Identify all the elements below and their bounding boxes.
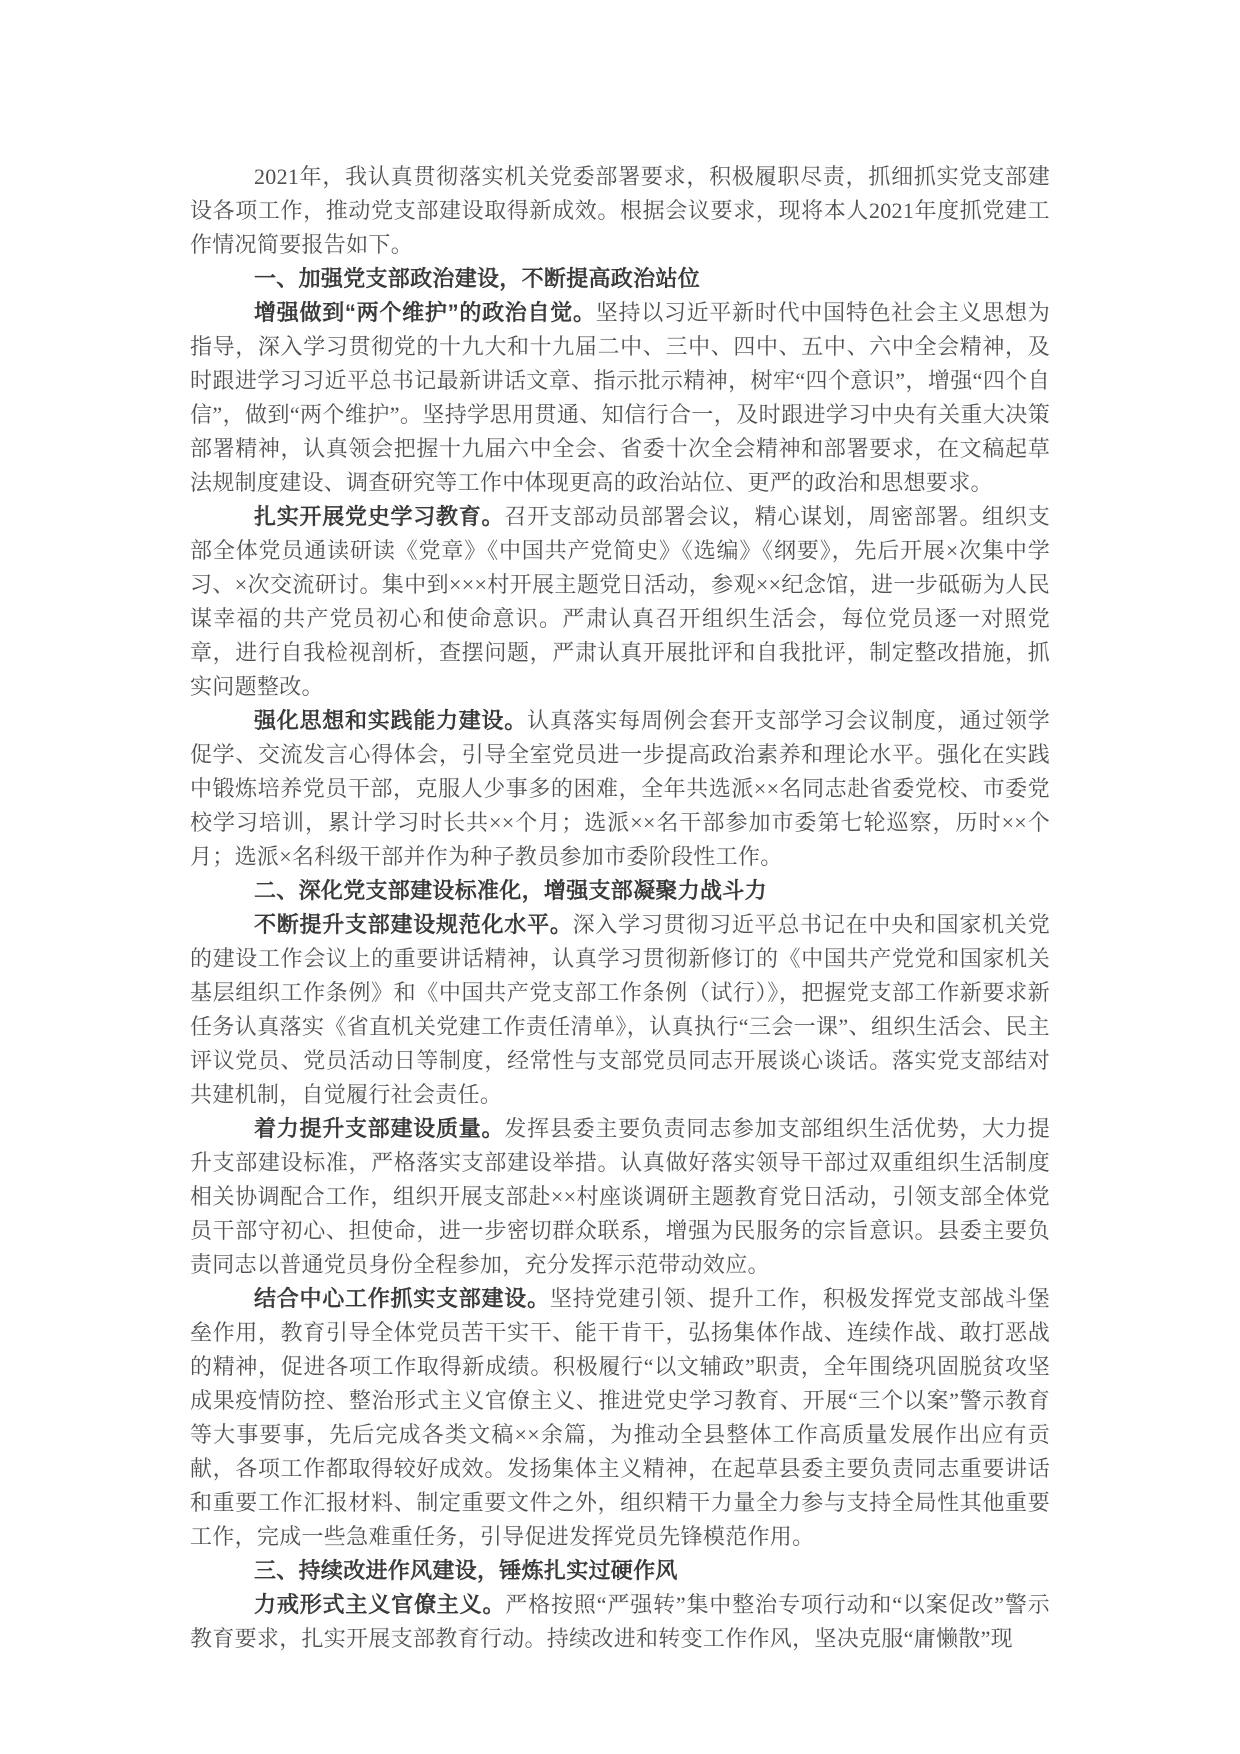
document-page: 2021年，我认真贯彻落实机关党委部署要求，积极履职尽责，抓细抓实党支部建设各项…	[0, 0, 1240, 1754]
paragraph-lead: 结合中心工作抓实支部建设。	[254, 1286, 550, 1311]
section-heading: 三、持续改进作风建设，锤炼扎实过硬作风	[190, 1554, 1050, 1588]
paragraph-lead: 强化思想和实践能力建设。	[254, 708, 527, 733]
paragraph: 着力提升支部建设质量。发挥县委主要负责同志参加支部组织生活优势，大力提升支部建设…	[190, 1112, 1050, 1282]
paragraph: 力戒形式主义官僚主义。严格按照“严强转”集中整治专项行动和“以案促改”警示教育要…	[190, 1588, 1050, 1656]
section-heading: 一、加强党支部政治建设，不断提高政治站位	[190, 262, 1050, 296]
paragraph: 强化思想和实践能力建设。认真落实每周例会套开支部学习会议制度，通过领学促学、交流…	[190, 704, 1050, 874]
paragraph-lead: 力戒形式主义官僚主义。	[254, 1592, 505, 1617]
paragraph: 2021年，我认真贯彻落实机关党委部署要求，积极履职尽责，抓细抓实党支部建设各项…	[190, 160, 1050, 262]
document-body: 2021年，我认真贯彻落实机关党委部署要求，积极履职尽责，抓细抓实党支部建设各项…	[190, 160, 1050, 1656]
paragraph: 结合中心工作抓实支部建设。坚持党建引领、提升工作，积极发挥党支部战斗堡垒作用，教…	[190, 1282, 1050, 1554]
paragraph-lead: 扎实开展党史学习教育。	[254, 504, 504, 529]
paragraph-lead: 着力提升支部建设质量。	[254, 1116, 504, 1141]
paragraph-lead: 不断提升支部建设规范化水平。	[254, 912, 573, 937]
paragraph-lead: 增强做到“两个维护”的政治自觉。	[254, 300, 596, 325]
paragraph: 扎实开展党史学习教育。召开支部动员部署会议，精心谋划，周密部署。组织支部全体党员…	[190, 500, 1050, 704]
paragraph: 增强做到“两个维护”的政治自觉。坚持以习近平新时代中国特色社会主义思想为指导，深…	[190, 296, 1050, 500]
section-heading: 二、深化党支部建设标准化，增强支部凝聚力战斗力	[190, 874, 1050, 908]
paragraph: 不断提升支部建设规范化水平。深入学习贯彻习近平总书记在中央和国家机关党的建设工作…	[190, 908, 1050, 1112]
